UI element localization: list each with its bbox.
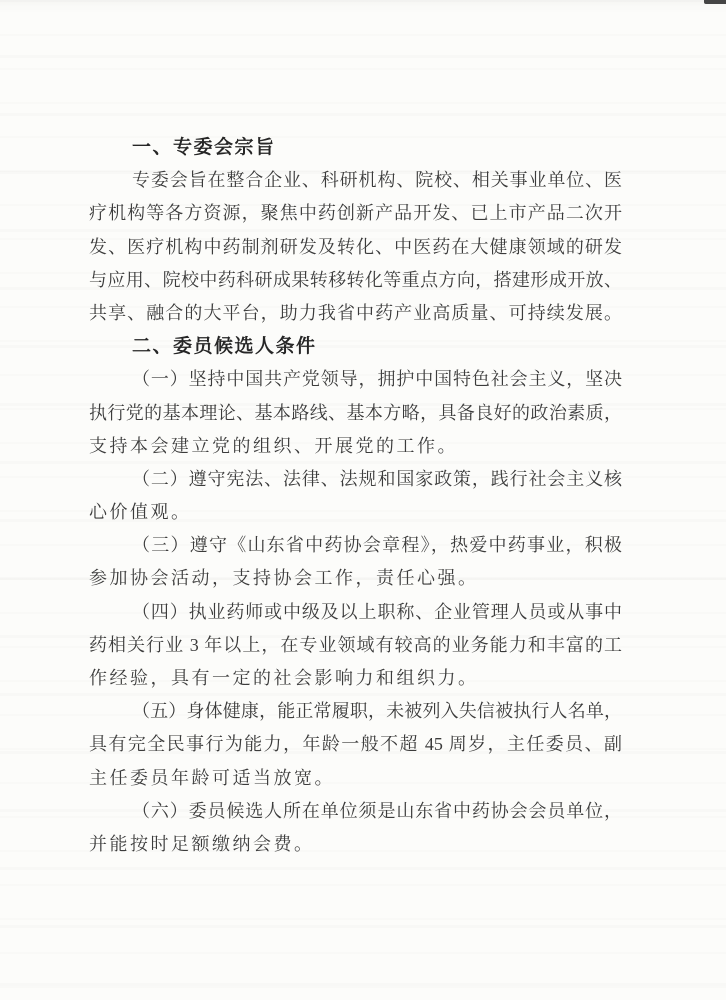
scan-artifact bbox=[704, 0, 726, 4]
text-line: 药相关行业 3 年以上，在专业领域有较高的业务能力和丰富的工 bbox=[89, 629, 622, 662]
text-line: 心价值观。 bbox=[89, 496, 622, 529]
text-line: 支持本会建立党的组织、开展党的工作。 bbox=[89, 430, 622, 463]
text-line: （三）遵守《山东省中药协会章程》，热爱中药事业，积极 bbox=[89, 529, 622, 562]
text-line: 专委会旨在整合企业、科研机构、院校、相关事业单位、医 bbox=[89, 164, 622, 197]
text-line: 执行党的基本理论、基本路线、基本方略，具备良好的政治素质， bbox=[89, 397, 622, 430]
heading-candidate-requirements: 二、委员候选人条件 bbox=[89, 330, 622, 363]
text-line: （六）委员候选人所在单位须是山东省中药协会会员单位， bbox=[89, 795, 622, 828]
text-line: 共享、融合的大平台，助力我省中药产业高质量、可持续发展。 bbox=[89, 297, 622, 330]
text-line: 并能按时足额缴纳会费。 bbox=[89, 828, 622, 861]
scanned-document-page: 一、专委会宗旨 专委会旨在整合企业、科研机构、院校、相关事业单位、医 疗机构等各… bbox=[0, 0, 726, 1000]
text-line: （一）坚持中国共产党领导，拥护中国特色社会主义，坚决 bbox=[89, 363, 622, 396]
text-line: 发、医疗机构中药制剂研发及转化、中医药在大健康领域的研发 bbox=[89, 231, 622, 264]
text-line: 作经验，具有一定的社会影响力和组织力。 bbox=[89, 662, 622, 695]
text-line: （四）执业药师或中级及以上职称、企业管理人员或从事中 bbox=[89, 596, 622, 629]
text-line: （五）身体健康，能正常履职，未被列入失信被执行人名单， bbox=[89, 695, 622, 728]
text-line: 与应用、院校中药科研成果转移转化等重点方向，搭建形成开放、 bbox=[89, 264, 622, 297]
heading-committee-purpose: 一、专委会宗旨 bbox=[89, 131, 622, 164]
text-line: （二）遵守宪法、法律、法规和国家政策，践行社会主义核 bbox=[89, 463, 622, 496]
text-line: 疗机构等各方资源，聚焦中药创新产品开发、已上市产品二次开 bbox=[89, 197, 622, 230]
text-line: 主任委员年龄可适当放宽。 bbox=[89, 762, 622, 795]
document-content: 一、专委会宗旨 专委会旨在整合企业、科研机构、院校、相关事业单位、医 疗机构等各… bbox=[89, 131, 622, 861]
text-line: 具有完全民事行为能力，年龄一般不超 45 周岁，主任委员、副 bbox=[89, 728, 622, 761]
text-line: 参加协会活动，支持协会工作，责任心强。 bbox=[89, 562, 622, 595]
